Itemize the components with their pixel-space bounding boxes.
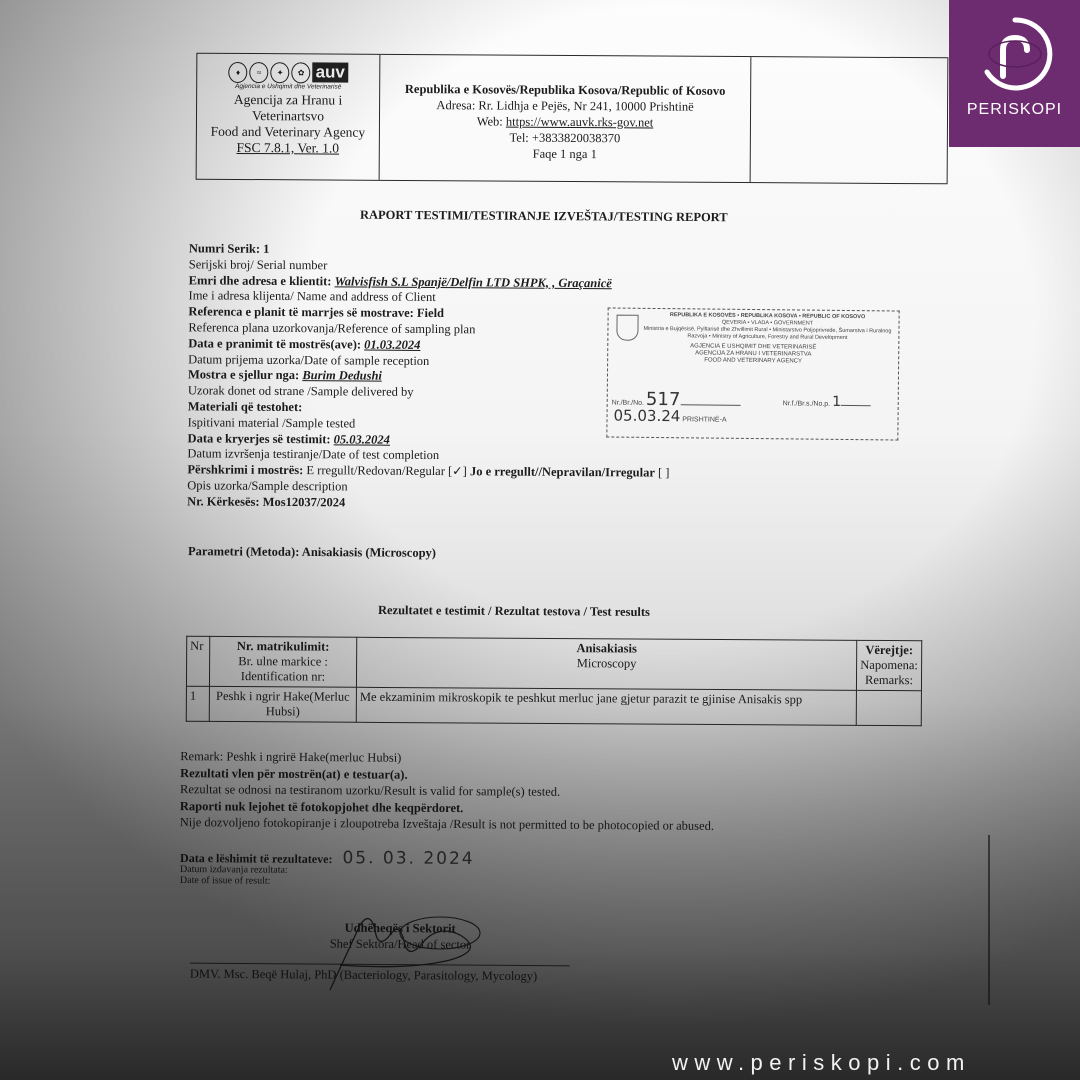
animal-icon: ✦ <box>271 62 290 83</box>
agency-block: ♦ ≈ ✦ ✿ auv Agjencia e Ushqimit dhe Vete… <box>197 54 381 180</box>
field-value: 01.03.2024 <box>364 337 420 351</box>
table-row: 1 Peshk i ngrir Hake(Merluc Hubsi) Me ek… <box>186 686 921 725</box>
document-header: ♦ ≈ ✦ ✿ auv Agjencia e Ushqimit dhe Vete… <box>196 53 949 185</box>
reception-stamp: REPUBLIKA E KOSOVËS • REPUBLIKA KOSOVA •… <box>606 307 899 440</box>
field-value: Burim Dedushi <box>302 368 382 383</box>
regular-checkbox: E rregullt/Redovan/Regular [✓] <box>306 463 470 478</box>
website-url[interactable]: www.periskopi.com <box>672 1050 971 1076</box>
periskopi-logo[interactable]: PERISKOPI <box>949 0 1080 147</box>
drop-icon: ♦ <box>229 61 248 82</box>
document-page: ♦ ≈ ✦ ✿ auv Agjencia e Ushqimit dhe Vete… <box>0 0 1080 1080</box>
results-title: Rezultatet e testimit / Rezultat testova… <box>378 603 650 620</box>
stamp-date: 05.03.24 PRISHTINË-A <box>613 413 726 424</box>
address: Adresa: Rr. Lidhja e Pejës, Nr 241, 1000… <box>380 97 750 115</box>
fish-icon: ≈ <box>250 62 269 83</box>
logo-wordmark: auv <box>313 62 348 82</box>
remarks-cell <box>856 690 921 725</box>
issue-date-handwritten: 05. 03. 2024 <box>342 848 474 869</box>
report-notes: Remark: Peshk i ngrirë Hake(merluc Hubsi… <box>180 748 715 834</box>
field-value: 1 <box>263 242 269 256</box>
agency-name-sr: Agencija za Hranu i Veterinartsvo <box>197 92 379 125</box>
signature-scribble-icon <box>300 905 500 995</box>
header-test: Anisakiasis Microscopy <box>356 637 856 690</box>
page-count: Faqe 1 nga 1 <box>380 145 750 163</box>
stamp-page-number: Nr.f./Br.s./No.p. 1 <box>783 398 871 408</box>
report-fields: Numri Serik: 1Serijski broj/ Serial numb… <box>187 241 671 513</box>
leaf-icon: ✿ <box>292 62 311 83</box>
table-header-row: Nr Nr. matrikulimit: Br. ulne markice : … <box>186 636 921 690</box>
sample-id: Peshk i ngrir Hake(Merluc Hubsi) <box>209 686 356 722</box>
agency-name-en: Food and Veterinary Agency <box>197 124 379 141</box>
republic-block: Republika e Kosovës/Republika Kosova/Rep… <box>380 55 752 182</box>
header-nr: Nr <box>186 636 209 686</box>
field-value: Walvisfish S.L Spanjë/Delfin LTD SHPK, ,… <box>335 274 612 290</box>
agency-logo: ♦ ≈ ✦ ✿ auv <box>197 62 379 83</box>
periskopi-p-icon <box>975 14 1055 94</box>
irregular-label: Jo e rregullt//Nepravilan/Irregular <box>470 464 655 479</box>
irregular-checkbox: [ ] <box>655 466 670 480</box>
header-identification: Nr. matrikulimit: Br. ulne markice : Ide… <box>209 636 356 687</box>
paper-edge <box>988 835 990 1005</box>
results-table: Nr Nr. matrikulimit: Br. ulne markice : … <box>186 636 923 726</box>
header-empty-cell <box>751 57 948 183</box>
header-remarks: Vërejtje: Napomena: Remarks: <box>856 640 921 690</box>
note-line: Nije dozvoljeno fotokopiranje i zloupotr… <box>180 814 714 834</box>
brand-name: PERISKOPI <box>949 101 1080 119</box>
test-parameter: Parametri (Metoda): Anisakiasis (Microsc… <box>188 544 436 561</box>
issue-date-block: Data e lëshimit të rezultateve:05. 03. 2… <box>180 852 475 888</box>
report-title: RAPORT TESTIMI/TESTIRANJE IZVEŠTAJ/TESTI… <box>360 208 728 226</box>
form-code: FSC 7.8.1, Ver. 1.0 <box>197 140 379 157</box>
web-link[interactable]: https://www.auvk.rks-gov.net <box>506 115 653 130</box>
field-value: 05.03.2024 <box>334 432 390 446</box>
field-row: Nr. Kërkesës: Mos12037/2024 <box>187 494 669 513</box>
coat-of-arms-icon <box>616 315 638 341</box>
test-result: Me ekzaminim mikroskopik te peshkut merl… <box>356 687 856 725</box>
